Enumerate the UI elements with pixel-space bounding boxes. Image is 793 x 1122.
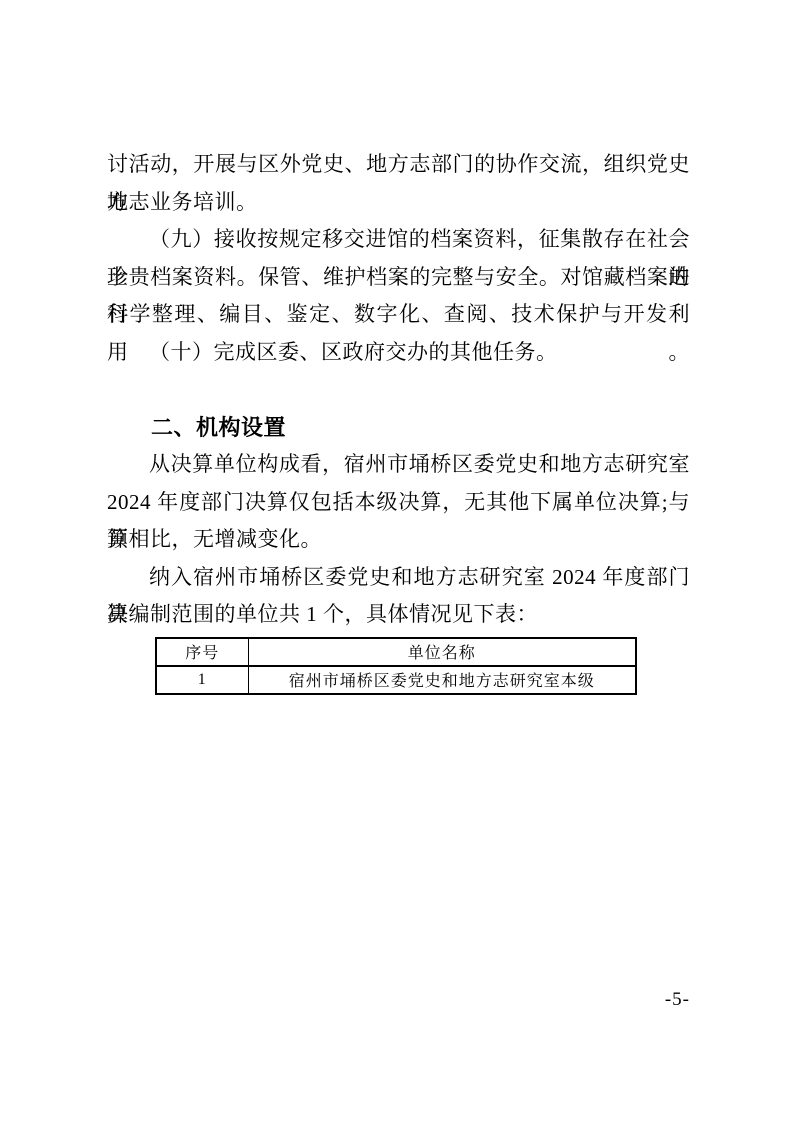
body-text-line: 算编制范围的单位共 1 个，具体情况见下表： bbox=[107, 596, 690, 634]
body-text-line: 2024 年度部门决算仅包括本级决算，无其他下属单位决算;与预 bbox=[107, 484, 690, 522]
document-page: 讨活动，开展与区外党史、地方志部门的协作交流，组织党史地 方志业务培训。 （九）… bbox=[0, 0, 793, 1122]
body-text-line: 算相比，无增减变化。 bbox=[107, 521, 690, 559]
body-text-line: 从决算单位构成看，宿州市埇桥区委党史和地方志研究室 bbox=[107, 446, 690, 484]
table-row: 1 宿州市埇桥区委党史和地方志研究室本级 bbox=[156, 666, 636, 694]
body-text-line: （九）接收按规定移交进馆的档案资料，征集散存在社会上的 bbox=[107, 221, 690, 259]
table-header-row: 序号 单位名称 bbox=[156, 638, 636, 666]
blank-line bbox=[107, 371, 690, 409]
page-number: -5- bbox=[0, 989, 690, 1011]
units-table: 序号 单位名称 1 宿州市埇桥区委党史和地方志研究室本级 bbox=[155, 637, 637, 695]
section-heading: 二、机构设置 bbox=[107, 409, 690, 447]
document-body: 讨活动，开展与区外党史、地方志部门的协作交流，组织党史地 方志业务培训。 （九）… bbox=[107, 146, 690, 695]
cell-serial: 1 bbox=[156, 666, 248, 694]
body-text-line: 科学整理、编目、鉴定、数字化、查阅、技术保护与开发利用。 bbox=[107, 296, 690, 334]
body-text-line: 纳入宿州市埇桥区委党史和地方志研究室 2024 年度部门决 bbox=[107, 559, 690, 597]
body-text-line: 珍贵档案资料。保管、维护档案的完整与安全。对馆藏档案进行 bbox=[107, 259, 690, 297]
body-text-line: 方志业务培训。 bbox=[107, 184, 690, 222]
cell-unit-name: 宿州市埇桥区委党史和地方志研究室本级 bbox=[248, 666, 636, 694]
col-header-unit-name: 单位名称 bbox=[248, 638, 636, 666]
body-text-line: 讨活动，开展与区外党史、地方志部门的协作交流，组织党史地 bbox=[107, 146, 690, 184]
col-header-serial: 序号 bbox=[156, 638, 248, 666]
